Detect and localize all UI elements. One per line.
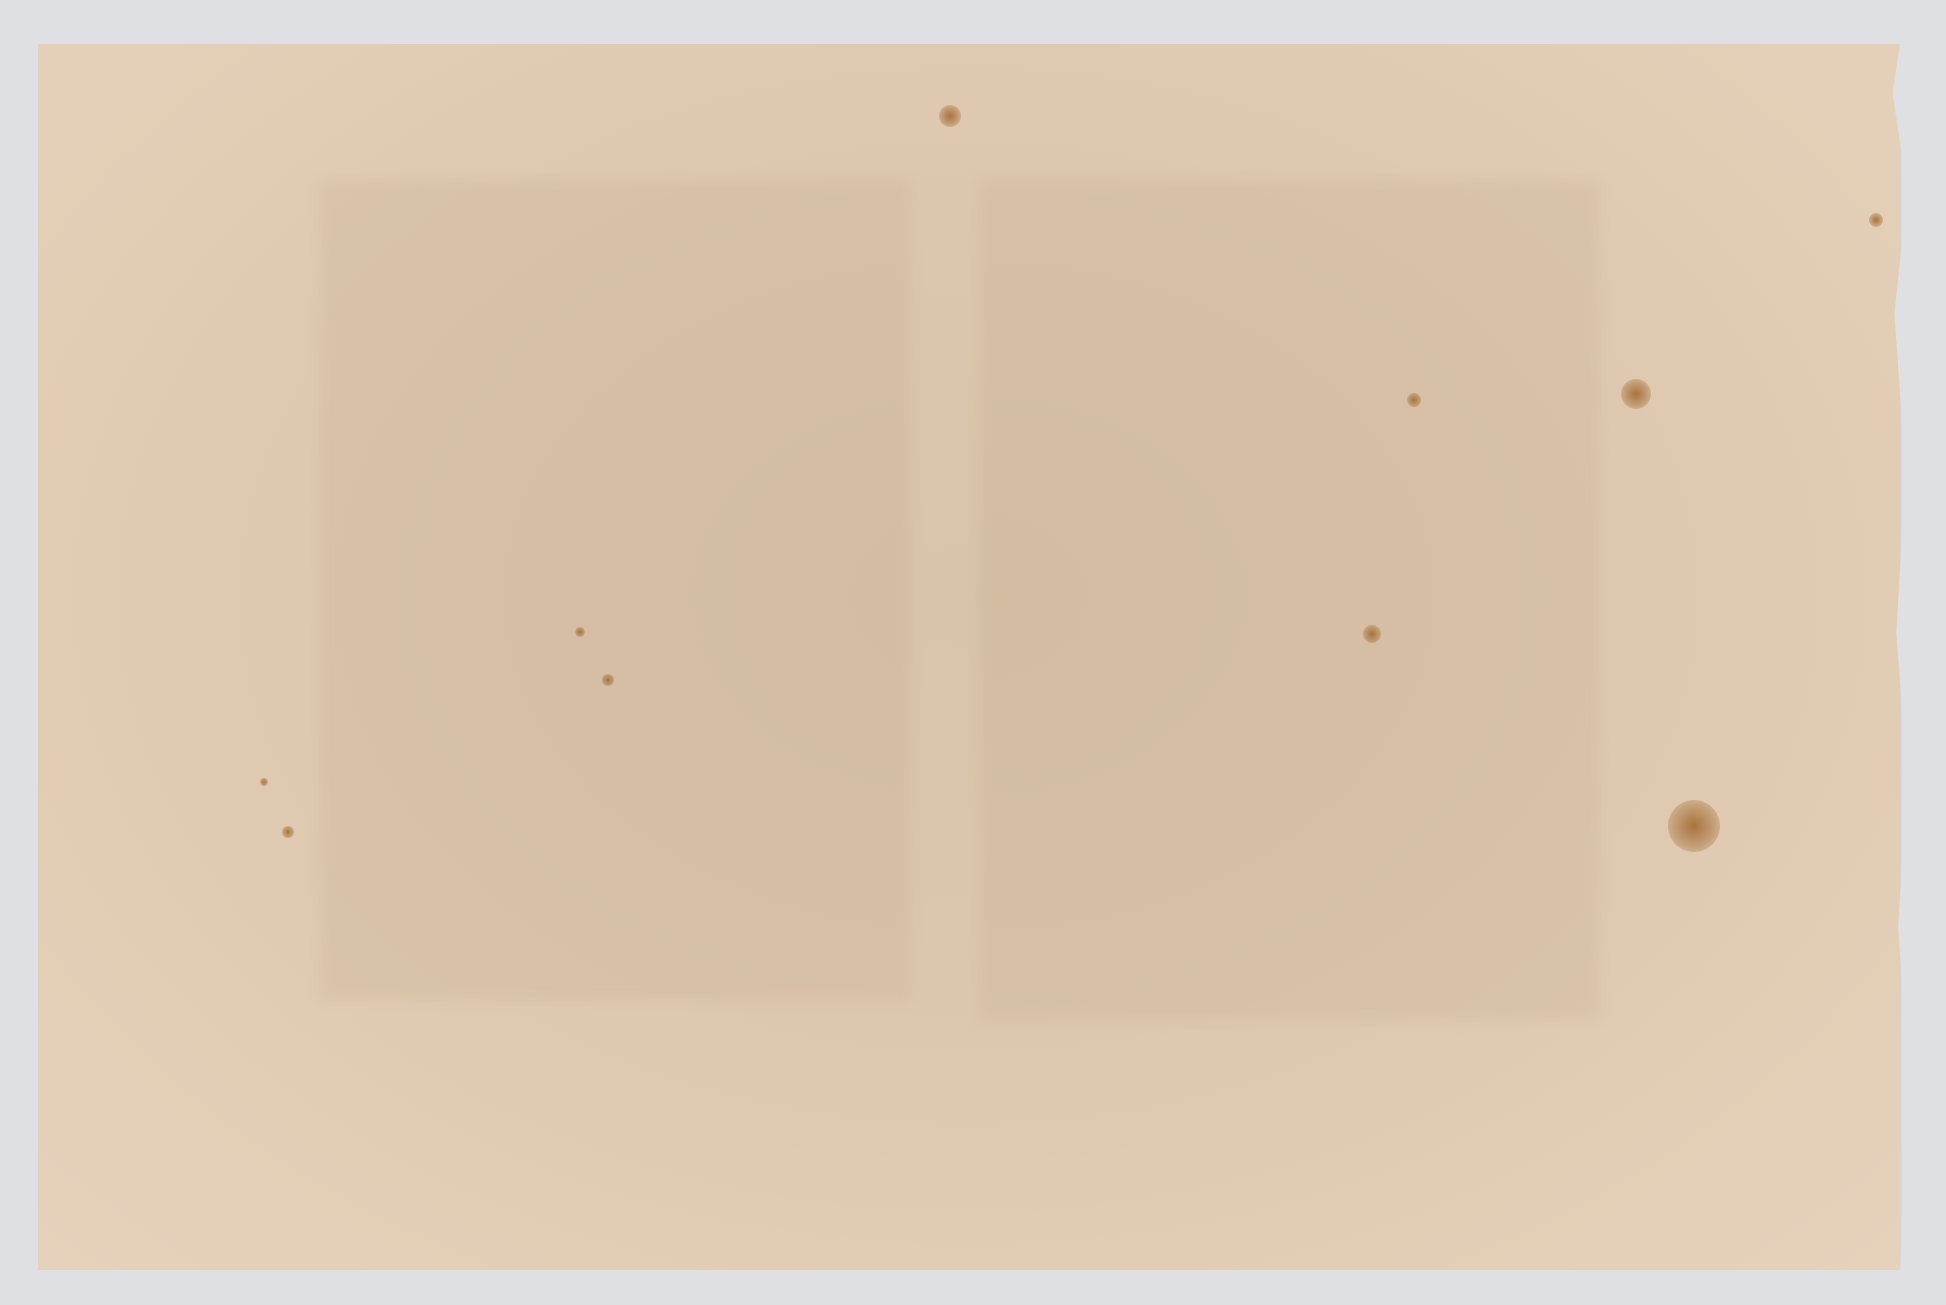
foxing-spot	[939, 105, 961, 127]
foxing-spot	[1668, 800, 1720, 852]
foxing-spot	[1621, 379, 1651, 409]
foxing-spot	[575, 627, 585, 637]
foxing-spot	[1407, 393, 1421, 407]
foxing-spot	[260, 778, 268, 786]
paper-sheet	[38, 44, 1900, 1270]
foxing-spot	[282, 826, 294, 838]
foxing-spot	[1363, 625, 1381, 643]
foxing-spot	[1869, 213, 1883, 227]
foxing-spot	[602, 674, 614, 686]
bleed-through-column	[980, 180, 1600, 1020]
bleed-through-column	[320, 180, 910, 1000]
